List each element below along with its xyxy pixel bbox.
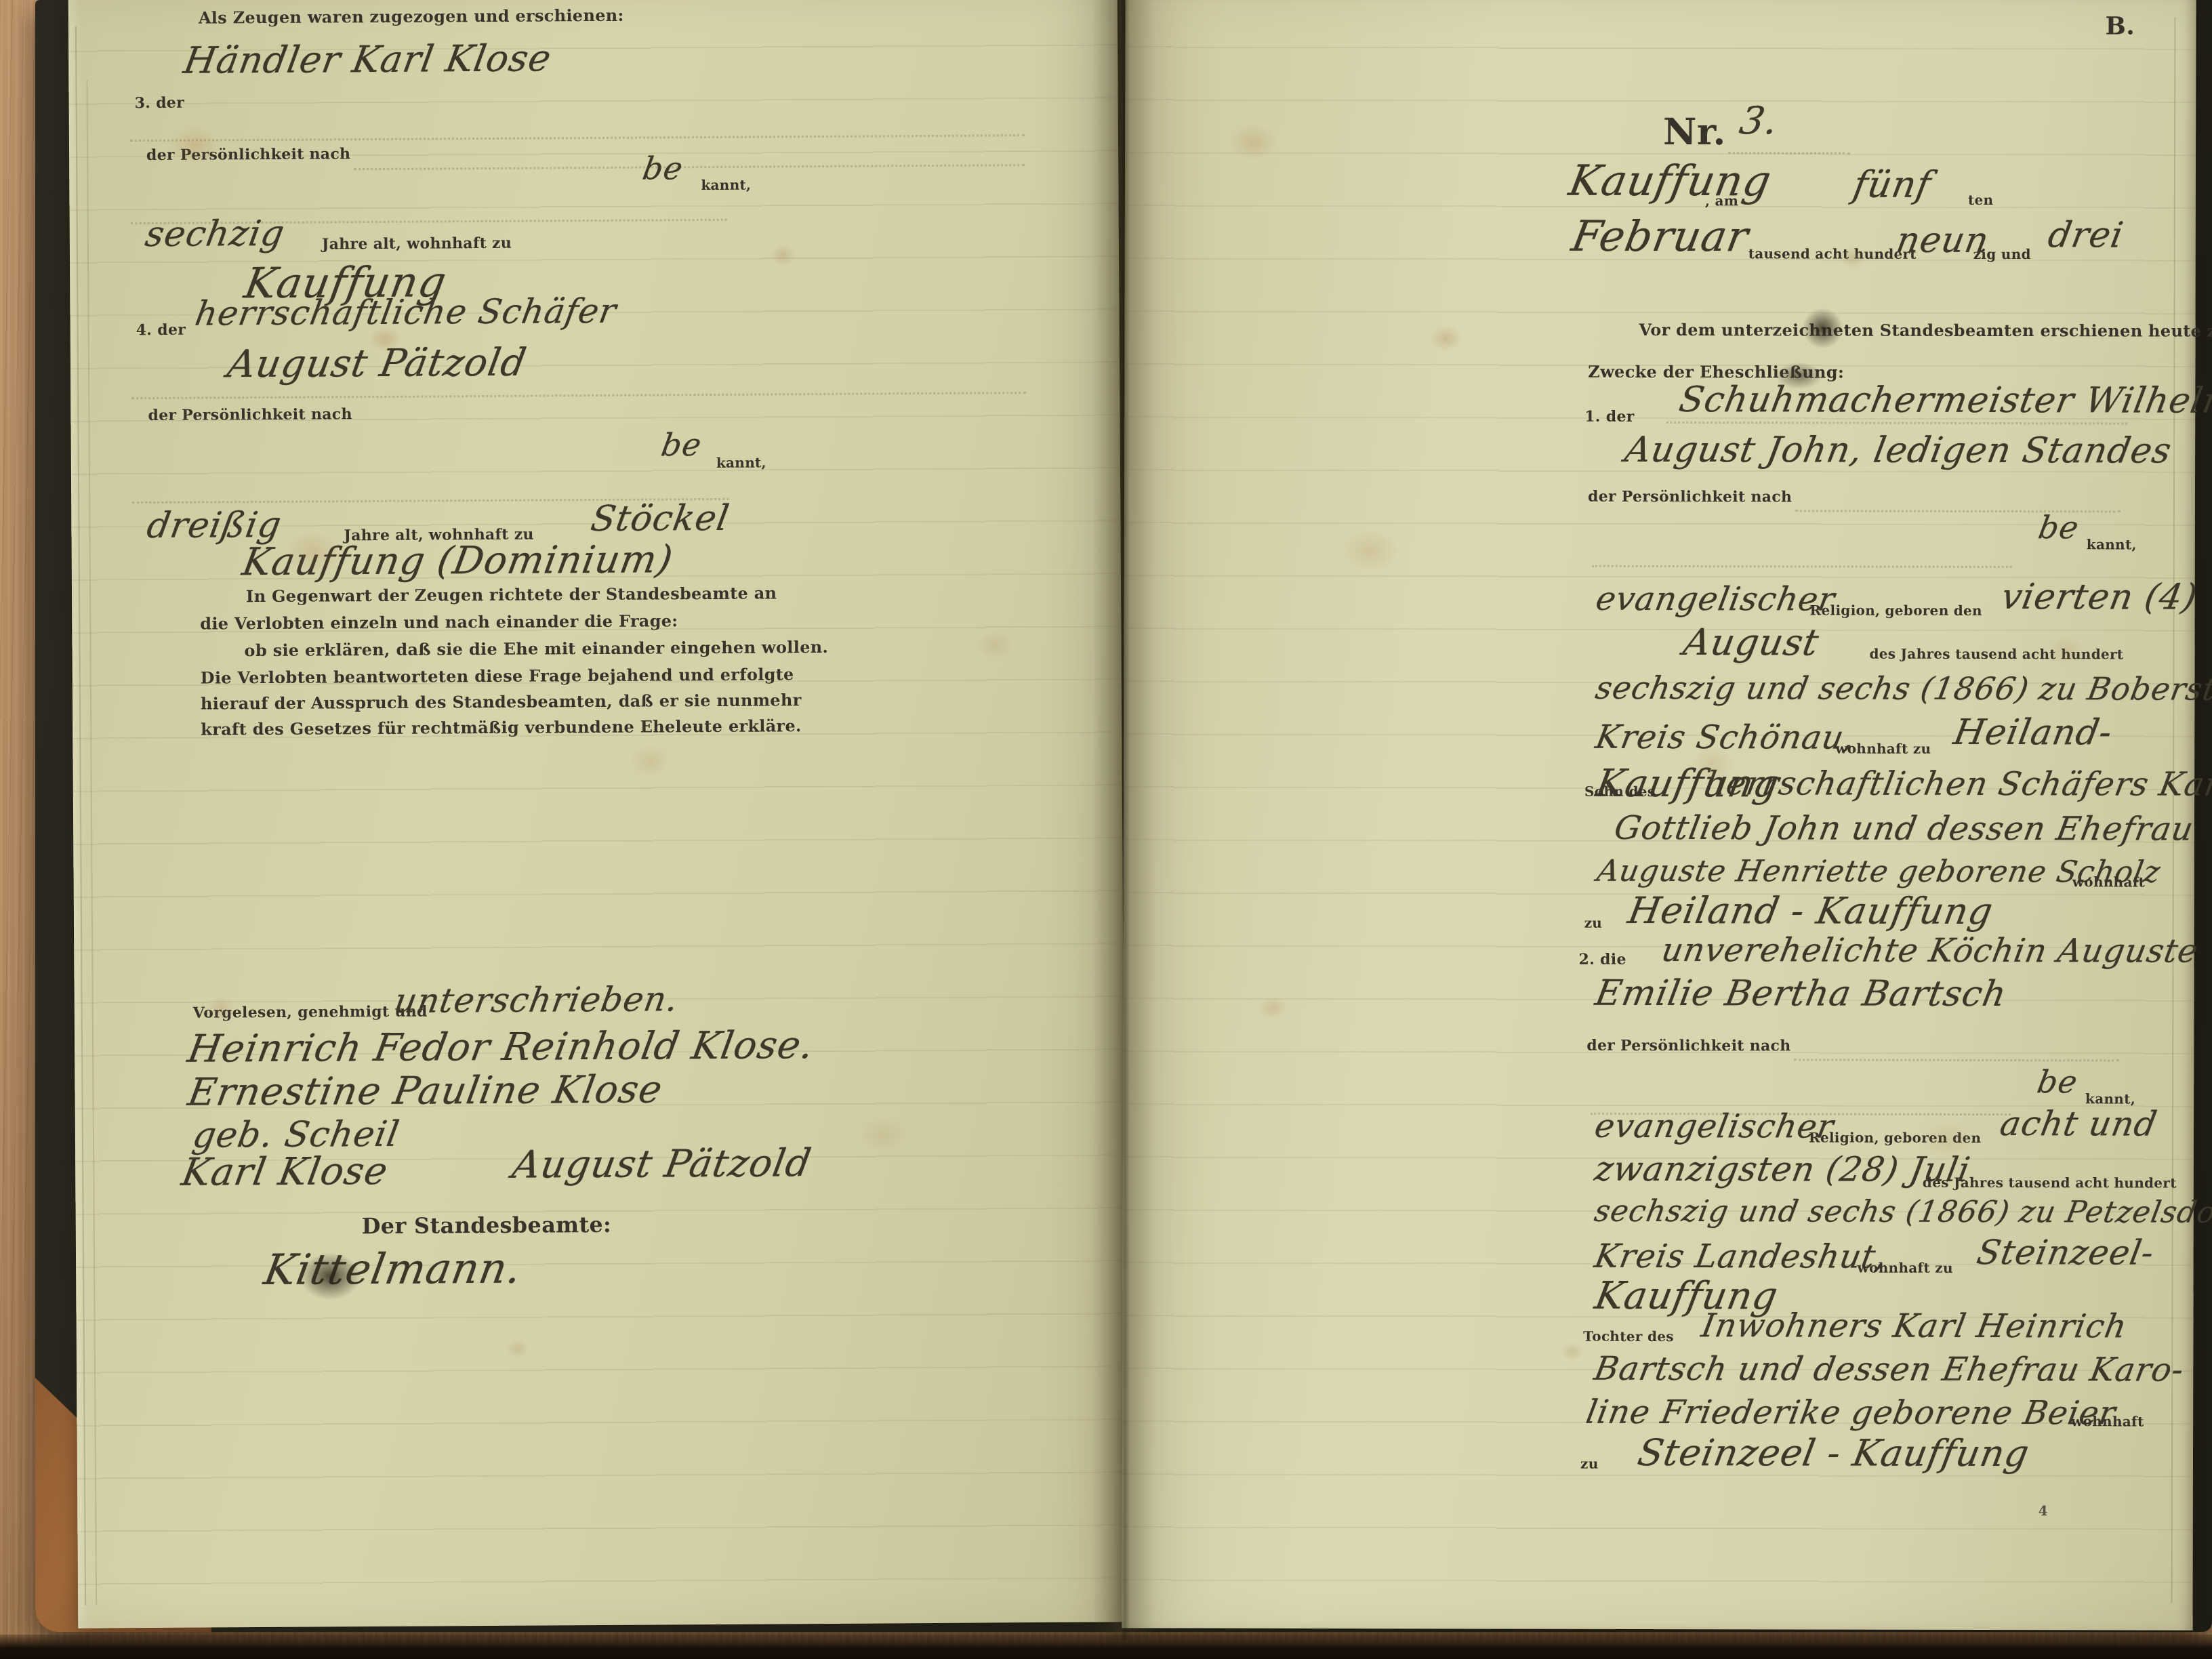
- left-page: Als Zeugen waren zugezogen und erschiene…: [68, 0, 1128, 1629]
- am-label: , am: [1705, 192, 1738, 209]
- form-line: [1666, 422, 2127, 424]
- declaration-line: hierauf der Ausspruch des Standesbeamten…: [201, 690, 802, 713]
- form-line: [132, 498, 729, 504]
- declaration-line: In Gegenwart der Zeugen richtete der Sta…: [246, 583, 777, 606]
- groom-line2: August John, ledigen Standes: [1622, 430, 2175, 472]
- witness3-prefix: 3. der: [135, 94, 185, 112]
- zu-label-2: zu: [1580, 1456, 1599, 1472]
- wohnhaft-label: wohnhaft: [2072, 874, 2145, 890]
- year-label-2: des Jahres tausend acht hundert: [1923, 1174, 2177, 1191]
- groom-religion: evangelischer: [1593, 580, 1839, 619]
- ink-blot: [300, 1252, 361, 1300]
- witness4-age: dreißig: [144, 505, 285, 546]
- form-line: [1591, 1113, 2011, 1115]
- year-prefix-label: tausend acht hundert: [1748, 245, 1917, 262]
- closing-printed: Vorgelesen, genehmigt und: [193, 1003, 428, 1022]
- identity-label-2: der Persönlichkeit nach: [148, 405, 352, 424]
- bride-parents-line3: line Friederike geborene Beier: [1583, 1393, 2119, 1433]
- intro-line: Zwecke der Eheschließung:: [1588, 362, 1844, 382]
- signature: geb. Scheil: [190, 1114, 403, 1156]
- bride-prefix: 2. die: [1579, 951, 1626, 968]
- groom-birth-day: vierten (4): [1999, 577, 2201, 618]
- form-line: [130, 134, 1025, 142]
- groom-residence2: Kauffung: [1593, 762, 1782, 806]
- tochter-des-label: Tochter des: [1583, 1328, 1673, 1345]
- signature: August Pätzold: [509, 1141, 815, 1187]
- right-page: B. Nr. 3. Kauffung , am fünf ten Februar…: [1122, 0, 2196, 1631]
- witness4-name: August Pätzold: [224, 341, 530, 387]
- groom-prefix: 1. der: [1584, 408, 1634, 426]
- groom-line1: Schuhmachermeister Wilhelm: [1676, 380, 2212, 422]
- groom-parents-line1: herrschaftlichen Schäfers Karl: [1702, 764, 2212, 804]
- kannt-label: kannt,: [701, 177, 751, 193]
- bride-district: Kreis Landeshut,: [1592, 1237, 1890, 1276]
- witness4-prefix: 4. der: [136, 321, 186, 339]
- bride-residence2: Kauffung: [1591, 1274, 1781, 1319]
- witness3-name: Händler Karl Klose: [180, 37, 554, 81]
- page-edge-line: [2171, 18, 2176, 1603]
- groom-district: Kreis Schönau,: [1593, 718, 1858, 757]
- bride-parents-line1: Inwohners Karl Heinrich: [1698, 1307, 2130, 1345]
- closing-handwritten: unterschrieben.: [392, 979, 682, 1021]
- wohnhaft-label-2: wohnhaft: [2071, 1413, 2144, 1429]
- witness3-age: sechzig: [142, 213, 288, 255]
- residence-label-2: wohnhaft zu: [1858, 1260, 1953, 1276]
- form-line: [1794, 1059, 2119, 1061]
- record-number-value: 3.: [1736, 99, 1782, 143]
- identity-label: der Persönlichkeit nach: [1588, 488, 1792, 506]
- groom-parents-line3: Auguste Henriette geborene Scholz: [1595, 854, 2163, 890]
- page-edge-line: [86, 81, 97, 1605]
- bride-birth-day2: zwanzigsten (28) Juli: [1592, 1149, 1973, 1189]
- zig-und-label: zig und: [1973, 246, 2031, 262]
- sohn-des-label: Sohn des: [1584, 783, 1655, 800]
- groom-birth-month: August: [1680, 621, 1822, 663]
- identity-label-2: der Persönlichkeit nach: [1586, 1037, 1790, 1055]
- ink-blot: [1775, 362, 1822, 389]
- signature: Ernestine Pauline Klose: [185, 1067, 666, 1114]
- date-month: Februar: [1568, 211, 1753, 262]
- witnesses-header: Als Zeugen waren zugezogen und erschiene…: [199, 5, 624, 28]
- bride-residence1: Steinzeel-: [1974, 1233, 2158, 1273]
- registrar-label: Der Standesbeamte:: [362, 1212, 612, 1239]
- signature: Heinrich Fedor Reinhold Klose.: [184, 1023, 817, 1071]
- bride-birth-year: sechszig und sechs (1866) zu Petzelsdorf: [1592, 1194, 2212, 1230]
- table-edge-shadow: [0, 1635, 2212, 1659]
- declaration-line: die Verlobten einzeln und nach einander …: [200, 611, 678, 633]
- date-place: Kauffung: [1565, 156, 1776, 206]
- handwritten-be: be: [2036, 509, 2082, 546]
- date-day: fünf: [1850, 163, 1935, 206]
- declaration-line: Die Verlobten beantworteten diese Frage …: [201, 664, 794, 687]
- form-line: [354, 164, 1025, 170]
- form-line: [1795, 510, 2121, 512]
- bride-parents-line2: Bartsch und dessen Ehefrau Karo-: [1591, 1350, 2187, 1389]
- declaration-line: ob sie erklären, daß sie die Ehe mit ein…: [244, 637, 828, 660]
- witness4-occupation: herrschaftliche Schäfer: [192, 291, 620, 333]
- bride-religion: evangelischer: [1592, 1107, 1837, 1146]
- groom-parents-line2: Gottlieb John und dessen Ehefrau: [1612, 809, 2197, 848]
- record-number-label: Nr.: [1663, 110, 1726, 153]
- zu-label: zu: [1584, 915, 1603, 931]
- bride-line1: unverehelichte Köchin Auguste: [1659, 931, 2202, 970]
- page-edge-line: [75, 26, 86, 1605]
- religion-label: Religion, geboren den: [1810, 602, 1982, 619]
- residence-label: wohnhaft zu: [1835, 741, 1931, 757]
- intro-line: Vor dem unterzeichneten Standesbeamten e…: [1639, 320, 2212, 341]
- form-line: [131, 219, 727, 224]
- book-gutter-shadow: [1092, 0, 1155, 1640]
- witness4-residence1: Stöckel: [588, 498, 733, 539]
- handwritten-be-2: be: [2034, 1063, 2081, 1100]
- witness3-residence: Kauffung: [241, 257, 450, 308]
- age-suffix-label: Jahre alt, wohnhaft zu: [322, 234, 512, 253]
- form-line: [131, 392, 1026, 399]
- declaration-line: kraft des Gesetzes für rechtmäßig verbun…: [201, 716, 802, 739]
- groom-birth-year: sechszig und sechs (1866) zu Boberstein: [1593, 670, 2212, 708]
- handwritten-be: be: [640, 150, 686, 186]
- groom-residence1: Heiland-: [1950, 712, 2115, 753]
- groom-parents-residence: Heiland - Kauffung: [1625, 889, 1996, 933]
- ten-label: ten: [1968, 192, 1993, 208]
- registrar-signature: Kittelmann.: [260, 1244, 525, 1294]
- form-line: [1728, 152, 1850, 154]
- witness4-residence2: Kauffung (Dominium): [239, 537, 676, 584]
- bride-birth-day1: acht und: [1997, 1104, 2160, 1143]
- date-year-tens: neun: [1893, 220, 1992, 261]
- bride-line2: Emilie Bertha Bartsch: [1592, 973, 2009, 1015]
- kannt-label: kannt,: [2087, 536, 2137, 552]
- corner-letter: B.: [2105, 12, 2135, 40]
- age-suffix-label-2: Jahre alt, wohnhaft zu: [344, 526, 533, 545]
- handwritten-be-2: be: [659, 426, 705, 463]
- ink-blot: [1802, 308, 1843, 348]
- year-label: des Jahres tausend acht hundert: [1869, 646, 2123, 663]
- identity-label: der Persönlichkeit nach: [146, 145, 350, 164]
- page-number: 4: [2039, 1502, 2048, 1519]
- signature: Karl Klose: [178, 1149, 391, 1195]
- kannt-label-2: kannt,: [2085, 1090, 2135, 1107]
- registry-book-photo: Als Zeugen waren zugezogen und erschiene…: [0, 0, 2212, 1659]
- form-line: [1592, 565, 2012, 568]
- religion-label-2: Religion, geboren den: [1809, 1129, 1981, 1146]
- kannt-label-2: kannt,: [716, 454, 766, 470]
- date-year-ones: drei: [2045, 215, 2127, 255]
- bride-parents-residence: Steinzeel - Kauffung: [1635, 1431, 2033, 1475]
